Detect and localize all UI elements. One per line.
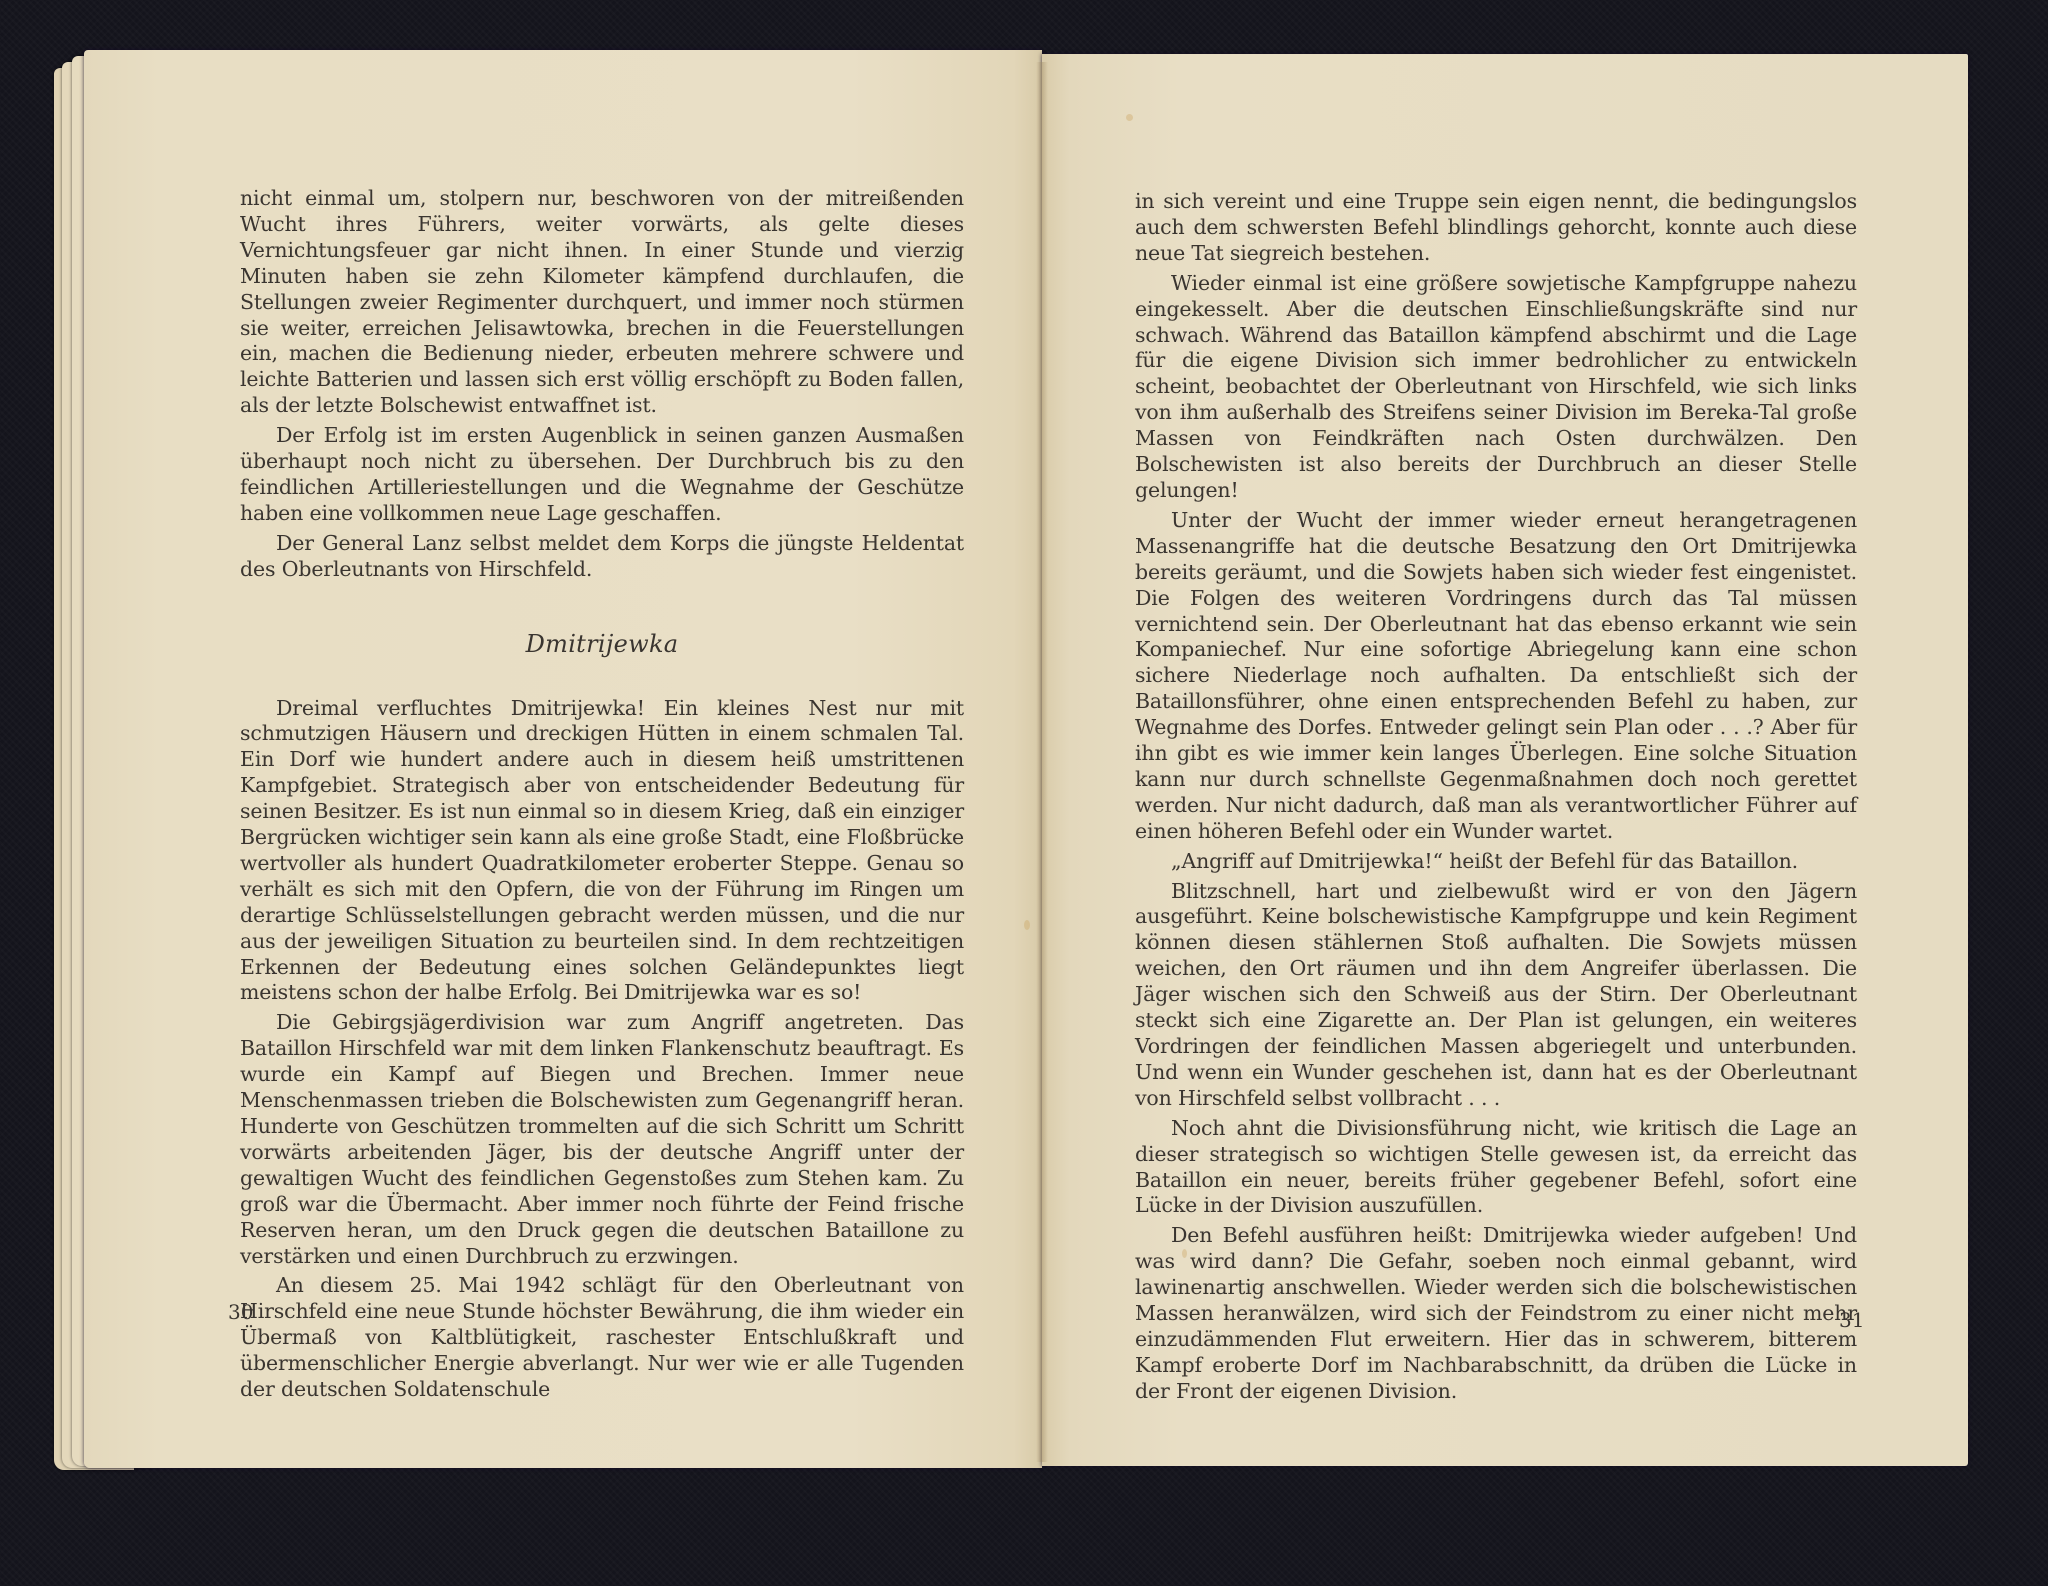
paragraph: Der General Lanz selbst meldet dem Korps… bbox=[240, 531, 964, 583]
paragraph: Den Befehl ausführen heißt: Dmitrijewka … bbox=[1135, 1223, 1857, 1404]
right-page-body: in sich vereint und eine Truppe sein eig… bbox=[1135, 189, 1857, 1405]
book-spine bbox=[1036, 62, 1048, 1462]
paper-stain bbox=[1126, 114, 1133, 121]
paragraph: „Angriff auf Dmitrijewka!“ heißt der Bef… bbox=[1135, 849, 1857, 875]
paragraph: Der Erfolg ist im ersten Augenblick in s… bbox=[240, 423, 964, 527]
paragraph: Noch ahnt die Divisionsführung nicht, wi… bbox=[1135, 1116, 1857, 1220]
left-page-body: nicht einmal um, stolpern nur, beschwore… bbox=[240, 186, 964, 1403]
paragraph: Die Gebirgsjägerdivision war zum Angriff… bbox=[240, 1010, 964, 1269]
paragraph: nicht einmal um, stolpern nur, beschwore… bbox=[240, 186, 964, 419]
paragraph: Blitzschnell, hart und zielbewußt wird e… bbox=[1135, 879, 1857, 1112]
paragraph: in sich vereint und eine Truppe sein eig… bbox=[1135, 189, 1857, 267]
paper-stain bbox=[1182, 1249, 1187, 1258]
page-number-left: 30 bbox=[228, 1300, 253, 1324]
paper-stain bbox=[1024, 920, 1030, 930]
section-title: Dmitrijewka bbox=[240, 632, 964, 658]
right-page: in sich vereint und eine Truppe sein eig… bbox=[1042, 54, 1968, 1466]
paragraph: Unter der Wucht der immer wieder erneut … bbox=[1135, 508, 1857, 845]
paragraph: Wieder einmal ist eine größere sowjetisc… bbox=[1135, 271, 1857, 504]
left-page: nicht einmal um, stolpern nur, beschwore… bbox=[84, 50, 1042, 1468]
page-number-right: 31 bbox=[1839, 1308, 1864, 1332]
paragraph: An diesem 25. Mai 1942 schlägt für den O… bbox=[240, 1273, 964, 1403]
open-book: nicht einmal um, stolpern nur, beschwore… bbox=[0, 0, 2048, 1586]
paragraph: Dreimal verfluchtes Dmitrijewka! Ein kle… bbox=[240, 696, 964, 1007]
